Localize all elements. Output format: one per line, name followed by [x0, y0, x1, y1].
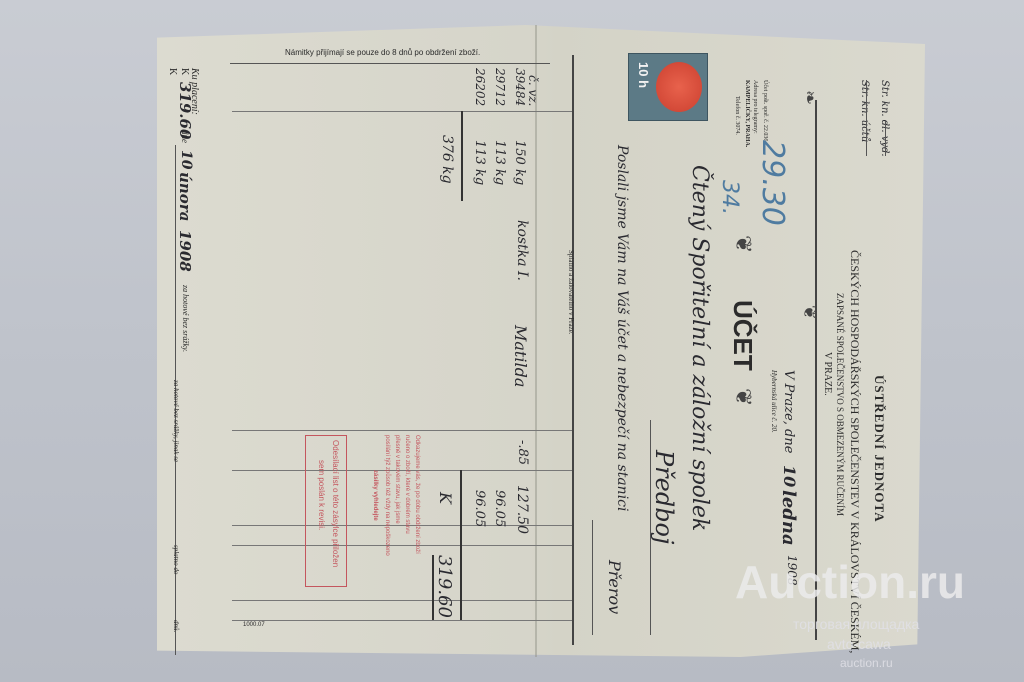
payment-date-prefix: dne [180, 130, 190, 143]
payment-year: 1908 [176, 230, 194, 272]
table-line-2 [232, 430, 572, 431]
blue-mark-1: 29.30 [755, 140, 790, 226]
station-line [592, 520, 593, 635]
telegram-address: KAMPELIČKY, PRAHA. [744, 80, 750, 147]
issuer-name: ÚSTŘEDNÍ JEDNOTA [871, 375, 887, 523]
table-line-3 [232, 470, 572, 471]
telegram-label: Adresa pro telegramy: [752, 80, 758, 134]
title-ornament-right: ❦ [730, 388, 756, 406]
item-qty-1: 150 kg [512, 140, 527, 185]
issuer-line4: V PRAZE. [822, 352, 833, 396]
table-line-7 [232, 620, 572, 621]
ref-right-label: Str. kn. účtů [859, 80, 870, 142]
station-name: Přerov [605, 560, 624, 614]
item-code-1: 39484 [513, 68, 527, 106]
item-code-3: 26202 [473, 68, 487, 106]
payment-month: února [176, 172, 194, 221]
paper-fold [535, 25, 537, 657]
ref-right-line [866, 80, 867, 156]
red-stamp-line-1: Odesílací list o této zásylce přiložen [331, 440, 340, 567]
complaints-notice: Námitky přijímají se pouze do 8 dnů po o… [285, 48, 480, 57]
currency-mark: K [436, 492, 455, 504]
item-amount-3: 96.05 [472, 490, 487, 527]
item-code-header: č. vz. [526, 75, 540, 106]
table-line-1 [232, 111, 572, 112]
item-amount-2: 96.05 [492, 490, 507, 527]
date-month: ledna [778, 490, 799, 546]
red-stamp-frame [305, 435, 347, 587]
item-amount-1: 127.50 [514, 485, 530, 534]
payable-notice: Splatno a žalovatelno v Praze. [567, 250, 575, 335]
table-line-5 [232, 545, 572, 546]
table-line-6 [232, 600, 572, 601]
notice-underline [230, 63, 550, 64]
payment-line1-suffix: za hotové bez srážky. [181, 285, 190, 352]
date-day: 10 [780, 465, 799, 487]
red-stamp-line-3: Odkazujeme vás, že po dobu obdržení zbož… [414, 435, 420, 554]
stamp-emblem [656, 62, 702, 112]
shipping-line: Poslali jsme Vám na Váš účet a nebezpečí… [614, 145, 630, 512]
printer-mark: 1000.07 [243, 622, 265, 628]
item-desc-1: kostka I. [514, 220, 530, 281]
item-qty-2: 113 kg [492, 140, 507, 185]
red-stamp-line-6: posílání týž způsob též vždy na nepoškoz… [384, 435, 390, 556]
stamp-value: 10 h [636, 62, 651, 88]
recipient-place: Předboj [650, 450, 678, 544]
blue-mark-2: 34. [717, 180, 742, 215]
title-ornament-left: ❦ [730, 235, 756, 253]
item-qty-3: 113 kg [472, 140, 487, 185]
ornament-mid: ❦ [799, 305, 820, 320]
issuer-line3: ZAPSANÉ SPOLEČENSTVO S OBMEZENÝM RUČENÍM [835, 293, 845, 516]
red-stamp-line-2: sem poslán k revisi. [317, 460, 326, 530]
watermark-seller: avto-cawa [827, 636, 891, 652]
border-line-left [572, 55, 574, 645]
red-stamp-line-4: ručeno o zboží, které v dobrém stavu [404, 435, 410, 534]
red-stamp-line-5: přesně v takovém stavu, jak jsme [394, 435, 400, 524]
payment-line2-prefix: K [167, 68, 178, 75]
ref-left-line [885, 120, 886, 156]
red-stamp-line-7: zásilky vyhledejte [372, 470, 378, 521]
payment-line2-suffix: za hotové bez srážky, jinak se [172, 380, 180, 462]
item-code-2: 29712 [493, 68, 507, 106]
document-title: ÚČET [727, 300, 758, 371]
watermark-logo: Auction.ru [735, 555, 965, 609]
payment-day: 10 [178, 150, 194, 169]
phone: Telefon č. 3074. [734, 96, 740, 135]
invoice-total: 319.60 [434, 555, 455, 618]
ornament-top: ❧ [799, 90, 820, 105]
amount-rule [460, 470, 462, 620]
recipient-name: Čtený Spořitelní a záložní spolek [687, 165, 712, 531]
watermark-domain: auction.ru [840, 656, 893, 670]
place-date-prefix: V Praze, dne [781, 370, 796, 453]
payment-line1-prefix: K [179, 68, 190, 75]
revenue-stamp: 10 h [628, 53, 708, 121]
payment-line3-end: dnů. [172, 620, 180, 632]
qty-total: 376 kg [439, 135, 455, 184]
item-desc-2: Matilda [511, 325, 530, 387]
qty-total-rule [461, 111, 463, 201]
watermark-subtitle: торговая площадка [793, 616, 919, 632]
payment-line2-end: splatno do [172, 545, 180, 574]
street-address: Hybernská ulice č. 20. [770, 370, 778, 433]
postal-account: Účet pošt. spoř. č. 22.036. [762, 80, 768, 143]
rate-note: -.85 [515, 440, 530, 465]
